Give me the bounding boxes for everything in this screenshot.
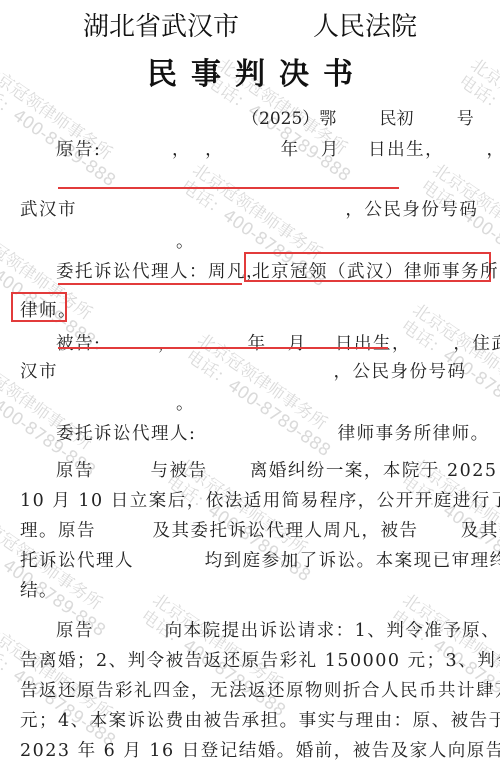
court-name: 湖北省武汉市人民法院 [0, 6, 500, 43]
judgment-page: 湖北省武汉市人民法院 民事判决书 （2025）鄂 民初 号 原告: ， ， 年 … [0, 0, 500, 771]
para2-line-5: 2023 年 6 月 16 日登记结婚。婚前，被告及家人向原告索取 [20, 737, 500, 762]
plaintiff-underline-annotation [58, 187, 399, 189]
plaintiff-line-3: 。 [176, 228, 195, 253]
plaintiff-line-1: 原告: ， ， 年 月 日出生， ，住 [56, 136, 500, 161]
para2-line-1: 原告 向本院提出诉讼请求：1、判令准予原、被 [56, 617, 500, 642]
defendant-underline-annotation [58, 347, 388, 349]
para2-line-2: 告离婚；2、判令被告返还原告彩礼 150000 元；3、判令被 [20, 647, 500, 672]
para2-line-4: 元；4、本案诉讼费由被告承担。事实与理由：原、被告于 [20, 707, 500, 732]
defendant-line-3: 。 [176, 390, 195, 415]
para1-line-5: 结。 [20, 577, 58, 602]
document-type-title: 民事判决书 [0, 49, 500, 93]
defendant-line-2: 汉市 ，公民身份号码 [20, 358, 466, 383]
court-name-suffix: 人民法院 [313, 12, 417, 42]
document-content: 湖北省武汉市人民法院 民事判决书 （2025）鄂 民初 号 原告: ， ， 年 … [0, 0, 500, 771]
plaintiff-agent-line-2: 律师。 [20, 297, 77, 322]
para1-line-3: 理。原告 及其委托诉讼代理人周凡，被告 及其委 [20, 517, 500, 542]
court-name-province: 湖北省武汉市 [83, 12, 239, 42]
para2-line-3: 告返还原告彩礼四金，无法返还原物则折合人民币共计肆万 [20, 677, 500, 702]
para1-line-2: 10 月 10 日立案后，依法适用简易程序，公开开庭进行了审 [20, 487, 500, 512]
para1-line-4: 托诉讼代理人 均到庭参加了诉讼。本案现已审理终 [20, 547, 500, 572]
plaintiff-line-2: 武汉市 ，公民身份号码 [20, 196, 478, 221]
plaintiff-agent-firm: 北京冠领（武汉）律师事务所 [252, 258, 499, 283]
para1-line-1: 原告 与被告 离婚纠纷一案，本院于 2025 年 [56, 457, 500, 482]
defendant-line-1: 被告: ， 年 月 日出生， ，住武 [56, 330, 500, 355]
plaintiff-agent-label: 委托诉讼代理人：周凡， [56, 258, 265, 283]
case-number: （2025）鄂 民初 号 [242, 104, 474, 129]
defendant-agent: 委托诉讼代理人: 律师事务所律师。 [56, 420, 490, 445]
agent-underline-annotation [58, 283, 242, 285]
